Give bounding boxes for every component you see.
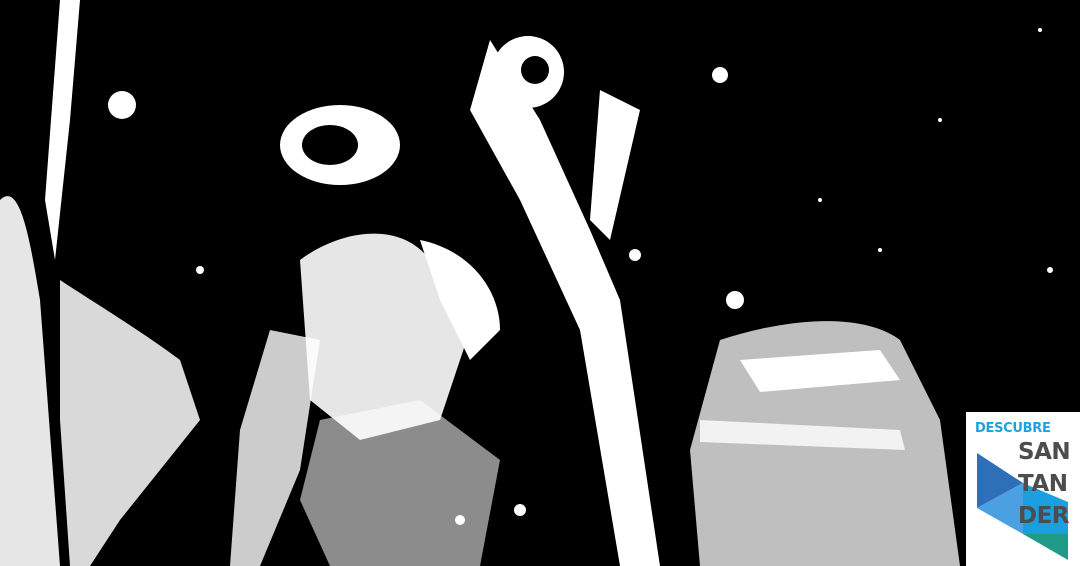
logo-line-2: TAN xyxy=(1018,473,1067,496)
photocopy-image xyxy=(0,0,1080,566)
descubre-santander-logo: DESCUBRE SAN TAN DER xyxy=(966,412,1080,566)
logo-line-3: DER xyxy=(1018,505,1069,528)
logo-descubre-text: DESCUBRE xyxy=(975,421,1051,436)
logo-line-1: SAN xyxy=(1018,441,1070,464)
